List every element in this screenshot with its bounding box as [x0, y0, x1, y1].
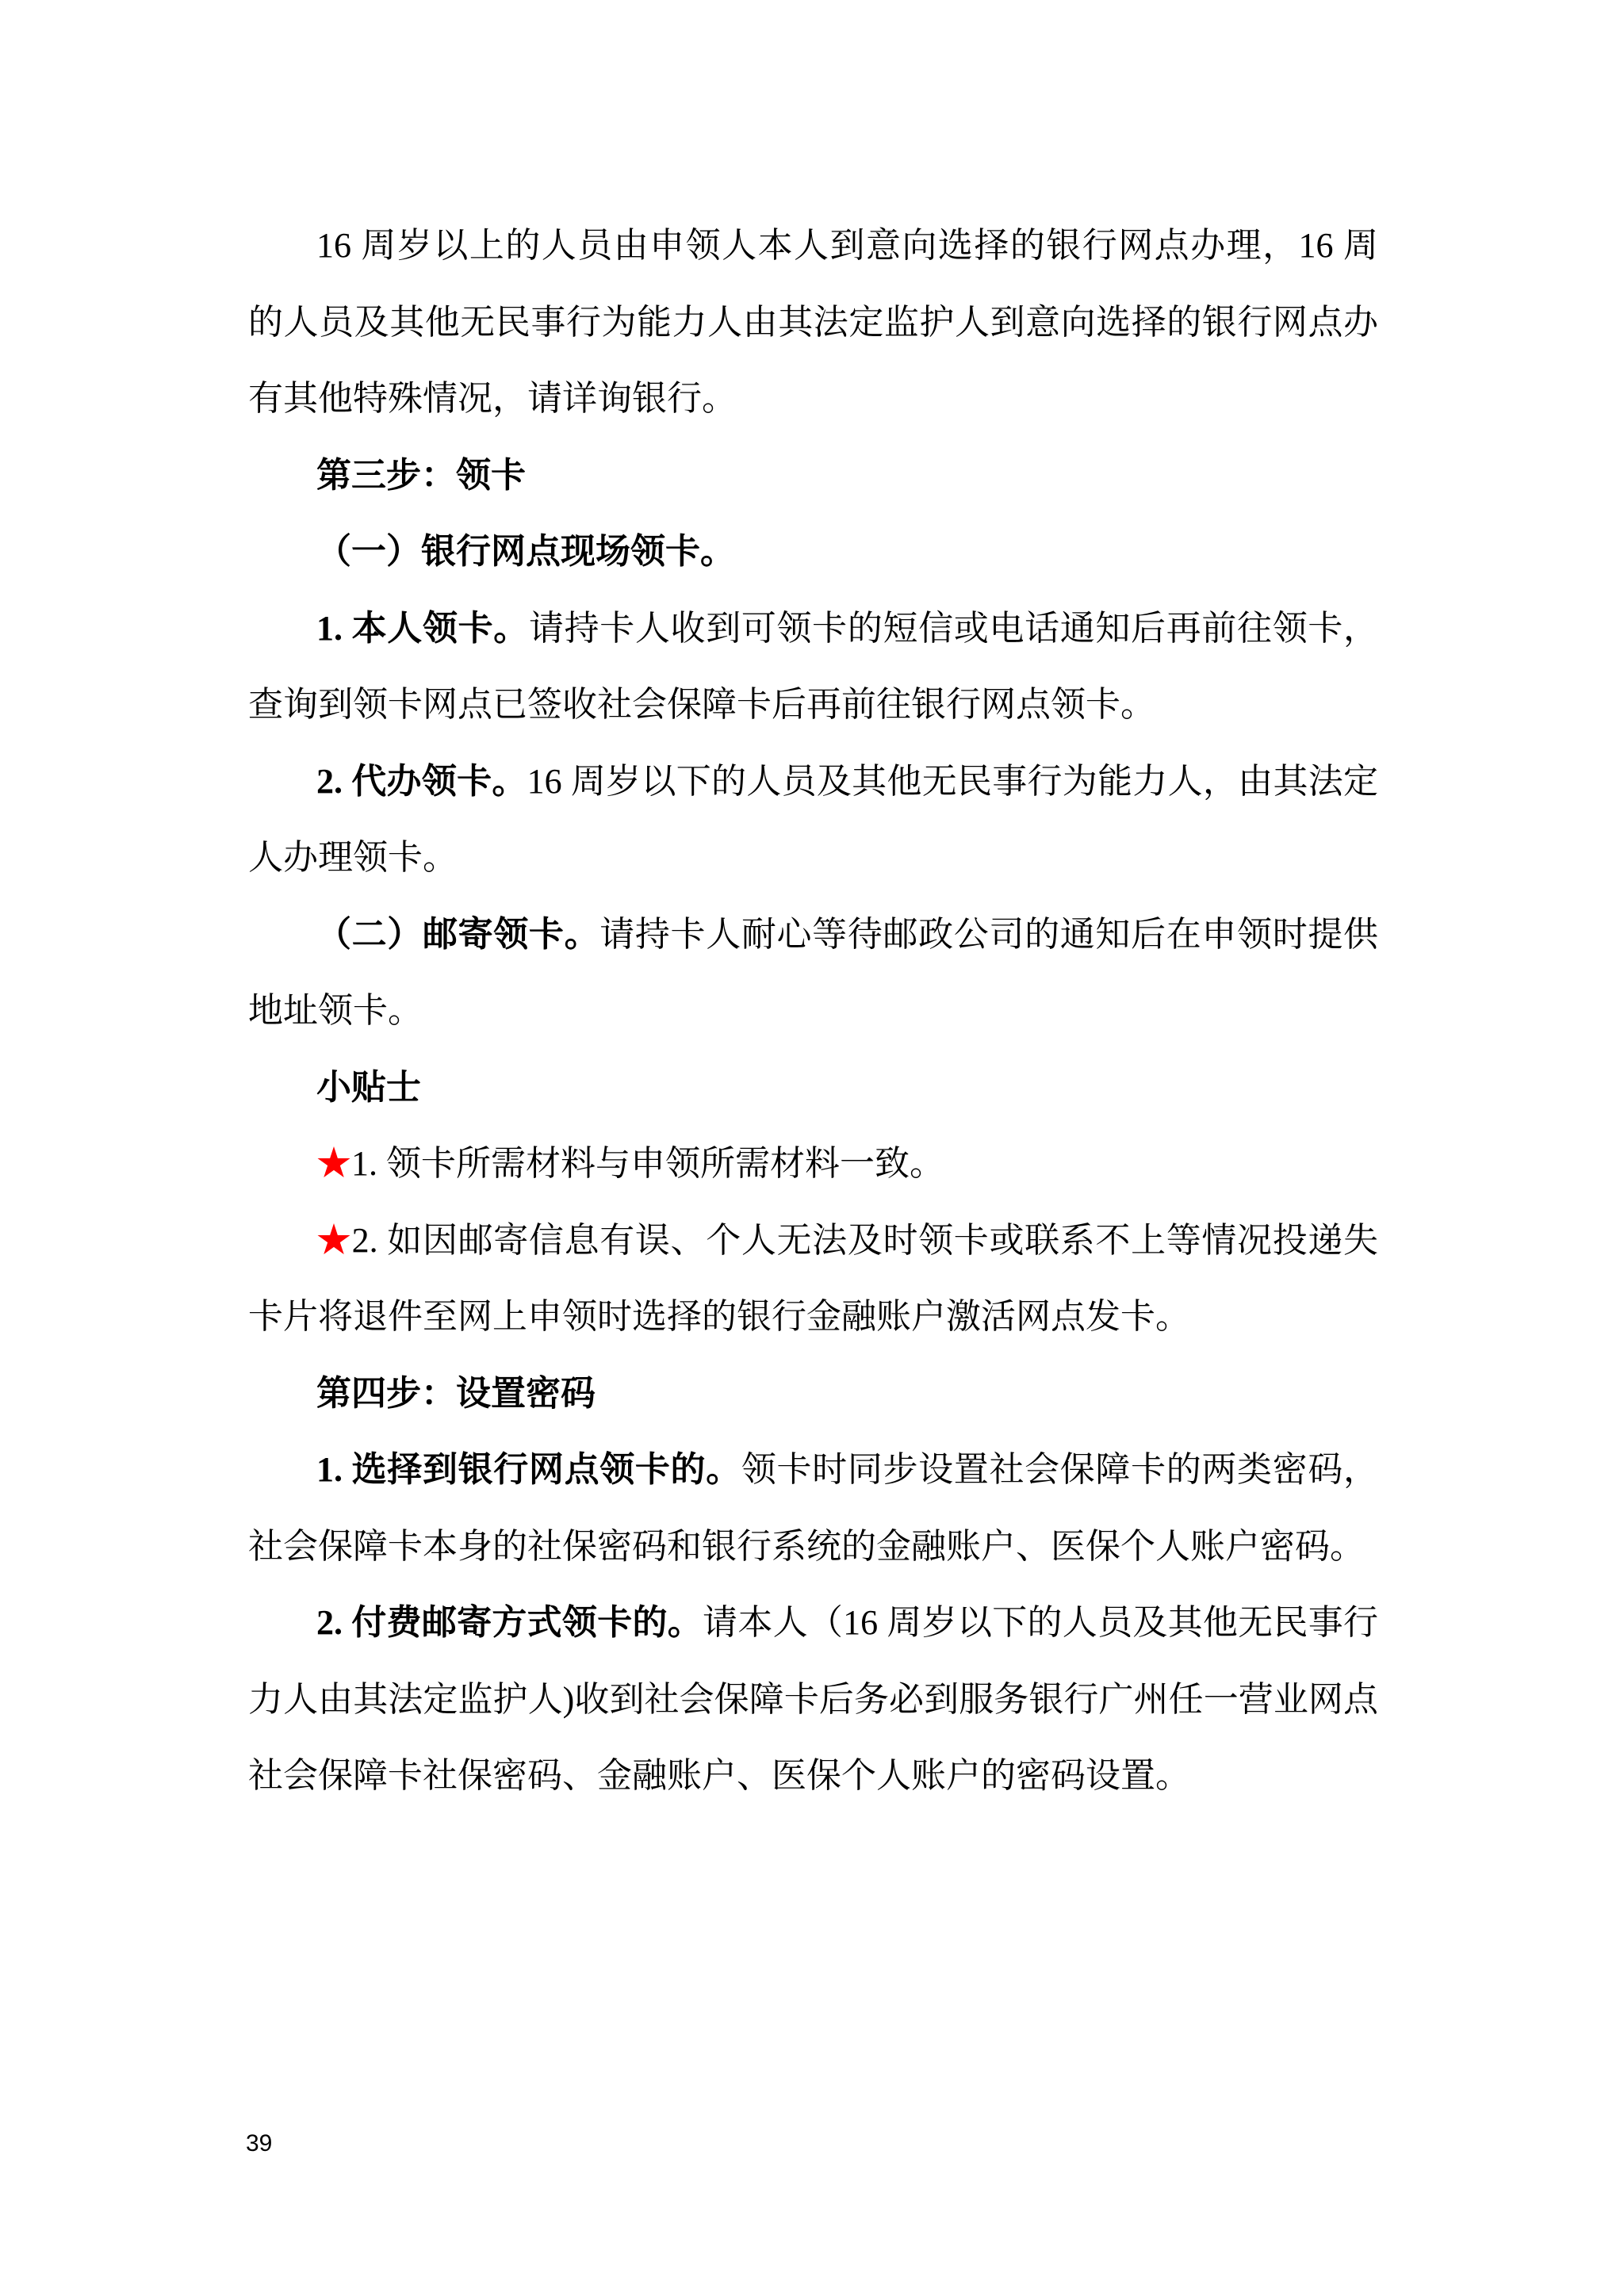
- text-segment: （一）银行网点现场领卡。: [316, 532, 735, 571]
- text-segment: 第三步：领卡: [316, 456, 526, 495]
- text-segment: 第四步：设置密码: [316, 1374, 596, 1413]
- text-segment: 查询到领卡网点已签收社会保障卡后再前往银行网点领卡。: [248, 685, 1155, 724]
- text-line: 社会保障卡社保密码、金融账户、医保个人账户的密码设置。: [248, 1738, 1378, 1815]
- text-segment: 力人由其法定监护人)收到社会保障卡后务必到服务银行广州任一营业网点办理: [248, 1680, 1378, 1739]
- text-line: 卡片将退件至网上申领时选择的银行金融账户激活网点发卡。: [248, 1279, 1378, 1356]
- document-body: 16 周岁以上的人员由申领人本人到意向选择的银行网点办理，16 周岁以下的人员及…: [248, 208, 1378, 1815]
- text-line: 力人由其法定监护人)收到社会保障卡后务必到服务银行广州任一营业网点办理: [248, 1662, 1378, 1739]
- text-segment: 有其他特殊情况，请详询银行。: [248, 379, 737, 418]
- star-icon: ★: [316, 1221, 352, 1260]
- star-icon: ★: [316, 1144, 351, 1183]
- page-number: 39: [246, 2130, 272, 2158]
- text-segment: 小贴士: [316, 1068, 421, 1107]
- text-segment: 2. 付费邮寄方式领卡的。: [316, 1603, 703, 1642]
- text-line: （二）邮寄领卡。请持卡人耐心等待邮政公司的通知后在申领时提供的邮寄: [248, 897, 1378, 974]
- text-line: 有其他特殊情况，请详询银行。: [248, 361, 1378, 438]
- text-line: 16 周岁以上的人员由申领人本人到意向选择的银行网点办理，16 周岁以下: [248, 208, 1378, 285]
- text-line: 第三步：领卡: [248, 438, 1378, 515]
- text-line: 社会保障卡本身的社保密码和银行系统的金融账户、医保个人账户密码。: [248, 1509, 1378, 1586]
- text-line: 地址领卡。: [248, 973, 1378, 1050]
- text-segment: 1. 本人领卡。: [316, 609, 529, 648]
- text-line: 的人员及其他无民事行为能力人由其法定监护人到意向选择的银行网点办理。如: [248, 285, 1378, 362]
- text-line: （一）银行网点现场领卡。: [248, 514, 1378, 591]
- text-segment: 卡片将退件至网上申领时选择的银行金融账户激活网点发卡。: [248, 1297, 1190, 1336]
- text-line: 查询到领卡网点已签收社会保障卡后再前往银行网点领卡。: [248, 667, 1378, 744]
- text-segment: 2. 如因邮寄信息有误、个人无法及时领卡或联系不上等情况投递失败的，: [316, 1221, 1378, 1280]
- text-segment: 1. 选择到银行网点领卡的。: [316, 1450, 741, 1489]
- text-line: 小贴士: [248, 1050, 1378, 1127]
- text-segment: 社会保障卡本身的社保密码和银行系统的金融账户、医保个人账户密码。: [248, 1527, 1365, 1566]
- text-segment: （二）邮寄领卡。: [316, 915, 599, 954]
- text-line: ★1. 领卡所需材料与申领所需材料一致。: [248, 1126, 1378, 1203]
- document-page: 16 周岁以上的人员由申领人本人到意向选择的银行网点办理，16 周岁以下的人员及…: [0, 0, 1624, 2296]
- text-segment: 社会保障卡社保密码、金融账户、医保个人账户的密码设置。: [248, 1756, 1190, 1795]
- text-line: 1. 本人领卡。请持卡人收到可领卡的短信或电话通知后再前往领卡，或自助: [248, 591, 1378, 668]
- text-line: 2. 代办领卡。16 周岁以下的人员及其他无民事行为能力人，由其法定监护: [248, 744, 1378, 821]
- text-line: ★2. 如因邮寄信息有误、个人无法及时领卡或联系不上等情况投递失败的，: [248, 1203, 1378, 1280]
- text-segment: 2. 代办领卡。: [316, 762, 527, 801]
- text-segment: 1. 领卡所需材料与申领所需材料一致。: [351, 1144, 944, 1183]
- text-segment: 16 周岁以上的人员由申领人本人到意向选择的银行网点办理，16 周岁以下: [316, 226, 1378, 285]
- text-line: 2. 付费邮寄方式领卡的。请本人（16 周岁以下的人员及其他无民事行为能: [248, 1585, 1378, 1662]
- text-segment: 的人员及其他无民事行为能力人由其法定监护人到意向选择的银行网点办理。如: [248, 303, 1378, 362]
- text-line: 1. 选择到银行网点领卡的。领卡时同步设置社会保障卡的两类密码，分别是: [248, 1432, 1378, 1509]
- text-segment: 人办理领卡。: [248, 838, 458, 877]
- text-line: 第四步：设置密码: [248, 1356, 1378, 1433]
- text-line: 人办理领卡。: [248, 820, 1378, 897]
- text-segment: 地址领卡。: [248, 991, 423, 1030]
